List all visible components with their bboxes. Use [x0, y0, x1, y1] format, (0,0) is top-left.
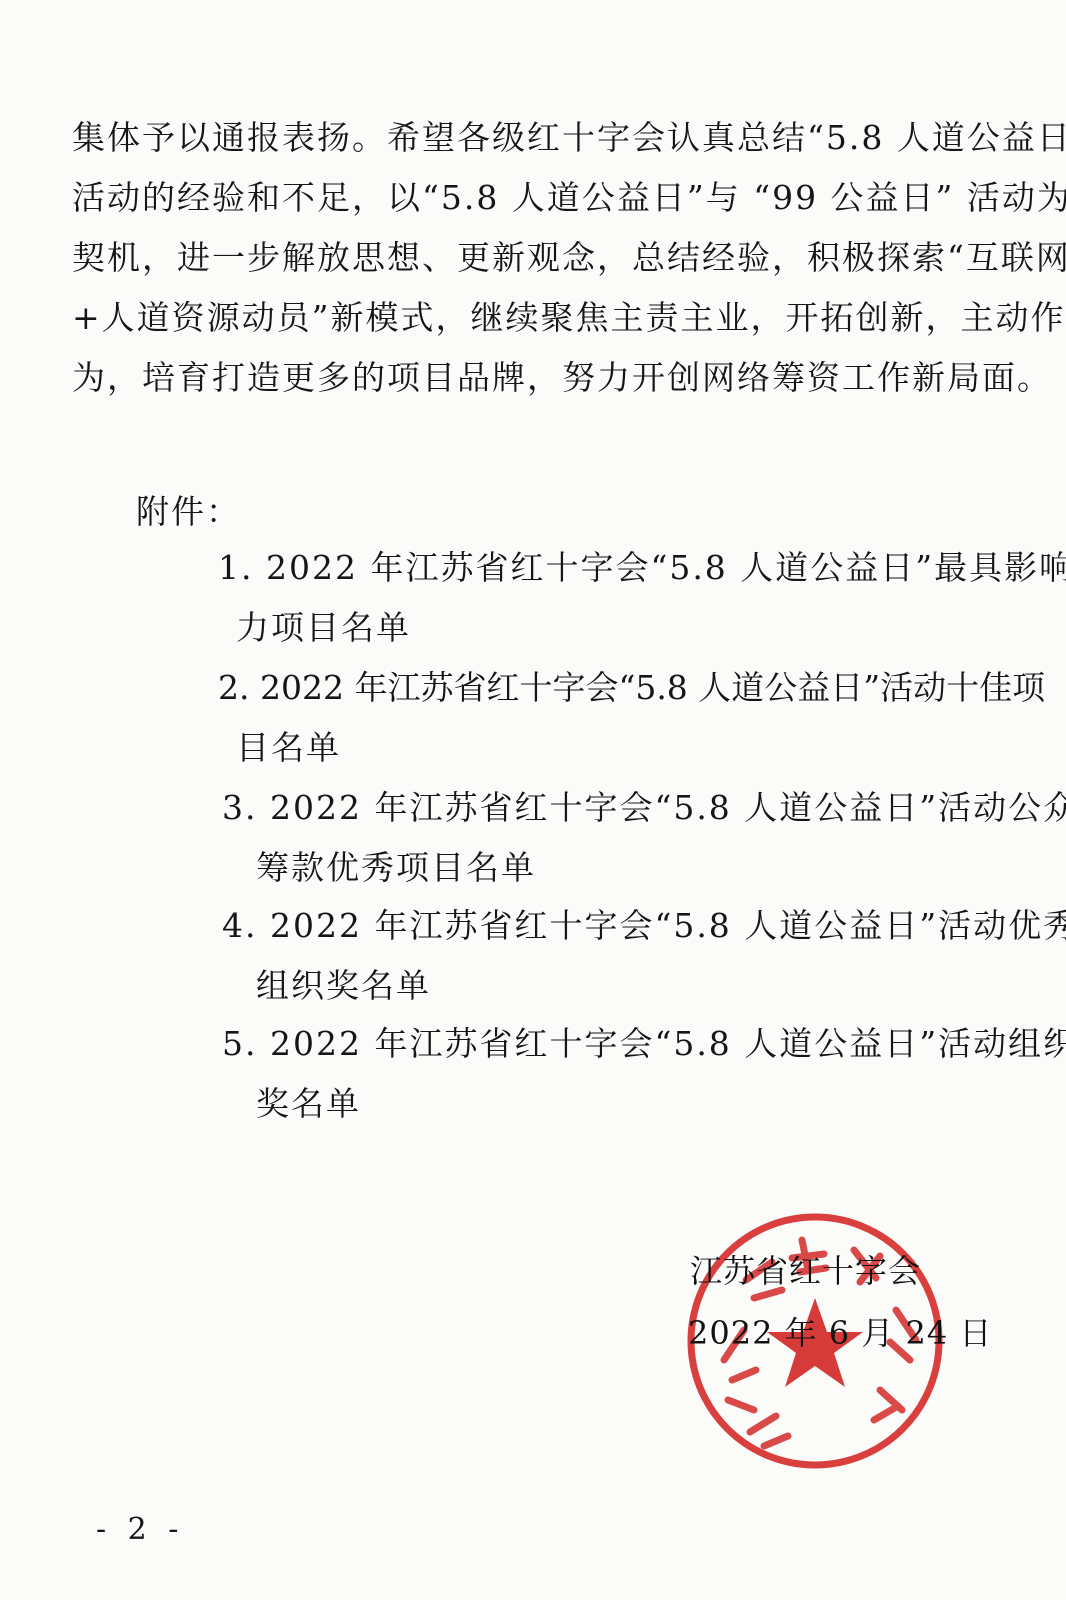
attachment-2-line-2: 目名单 — [236, 728, 341, 768]
signature-organization: 江苏省红十字会 — [690, 1252, 921, 1290]
attachment-4-line-2: 组织奖名单 — [256, 966, 431, 1006]
attachment-1-line-2: 力项目名单 — [236, 608, 411, 648]
body-line-2: 活动的经验和不足，以“5.8 人道公益日”与 “99 公益日” 活动为 — [72, 178, 1000, 218]
body-line-4: +人道资源动员”新模式，继续聚焦主责主业，开拓创新，主动作 — [72, 298, 1000, 338]
attachment-3-line-2: 筹款优秀项目名单 — [256, 848, 536, 888]
attachment-2-line-1: 2. 2022 年江苏省红十字会“5.8 人道公益日”活动十佳项 — [218, 668, 1045, 708]
attachment-1-line-1: 1. 2022 年江苏省红十字会“5.8 人道公益日”最具影响 — [218, 548, 1066, 588]
signature-date: 2022 年 6 月 24 日 — [688, 1314, 992, 1352]
attachment-4-line-1: 4. 2022 年江苏省红十字会“5.8 人道公益日”活动优秀 — [222, 906, 1066, 946]
attachment-5-line-1: 5. 2022 年江苏省红十字会“5.8 人道公益日”活动组织 — [222, 1024, 1066, 1064]
attachment-5-line-2: 奖名单 — [256, 1084, 361, 1124]
attachment-3-line-1: 3. 2022 年江苏省红十字会“5.8 人道公益日”活动公众 — [222, 788, 1066, 828]
attachments-label: 附件： — [136, 492, 241, 532]
page-number: - 2 - — [96, 1512, 184, 1547]
body-line-5: 为，培育打造更多的项目品牌，努力开创网络筹资工作新局面。 — [72, 358, 1000, 398]
body-line-3: 契机，进一步解放思想、更新观念，总结经验，积极探索“互联网 — [72, 238, 1000, 278]
body-line-1: 集体予以通报表扬。希望各级红十字会认真总结“5.8 人道公益日” — [72, 118, 1000, 158]
document-page: 集体予以通报表扬。希望各级红十字会认真总结“5.8 人道公益日” 活动的经验和不… — [0, 0, 1066, 1600]
